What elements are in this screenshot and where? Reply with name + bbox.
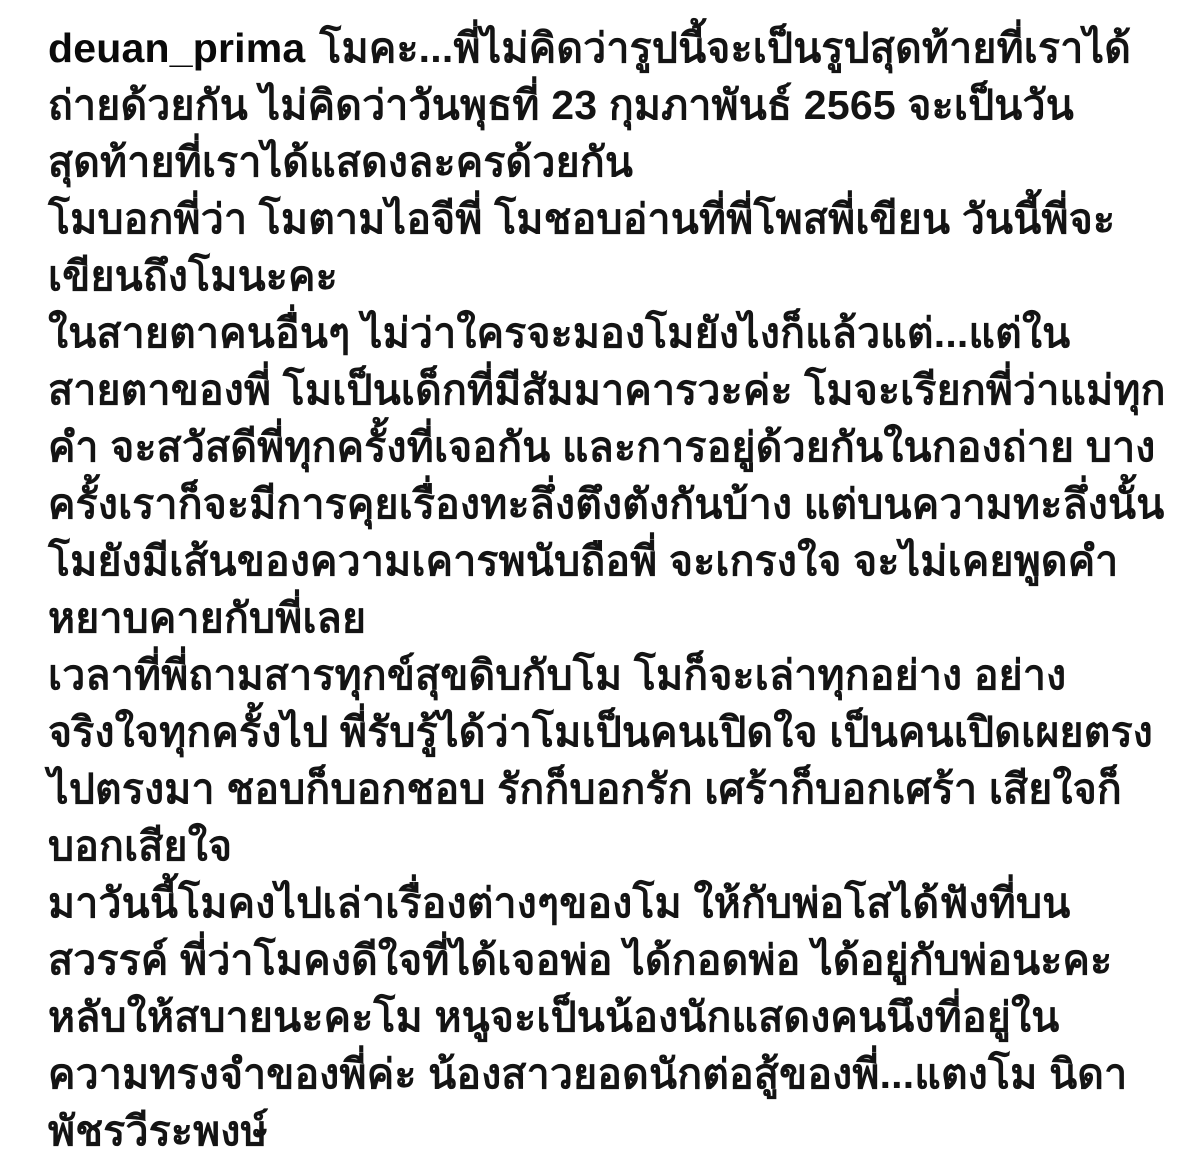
caption-line-text: หลับให้สบายนะคะโม หนูจะเป็นน้องนักแสดงคน… (48, 994, 1059, 1040)
caption-line: หยาบคายกับพี่เลย (48, 590, 1164, 647)
caption-line-text: ถ่ายด้วยกัน ไม่คิดว่าวันพุธที่ 23 กุมภาพ… (48, 82, 1074, 128)
caption-line: deuan_primaโมคะ...พี่ไม่คิดว่ารูปนี้จะเป… (48, 20, 1164, 77)
caption-line: ถ่ายด้วยกัน ไม่คิดว่าวันพุธที่ 23 กุมภาพ… (48, 77, 1164, 134)
caption-line-text: โมยังมีเส้นของความเคารพนับถือพี่ จะเกรงใ… (48, 538, 1118, 584)
caption-line: เวลาที่พี่ถามสารทุกข์สุขดิบกับโม โมก็จะเ… (48, 647, 1164, 704)
caption-line-text: จริงใจทุกครั้งไป พี่รับรู้ได้ว่าโมเป็นคน… (48, 709, 1153, 755)
caption-line-text: ครั้งเราก็จะมีการคุยเรื่องทะลึ่งตึงตังกั… (48, 481, 1164, 527)
caption-line-text: สายตาของพี่ โมเป็นเด็กที่มีสัมมาคารวะค่ะ… (48, 367, 1166, 413)
caption-line-text: มาวันนี้โมคงไปเล่าเรื่องต่างๆของโม ให้กั… (48, 880, 1070, 926)
caption-line-text: โมคะ...พี่ไม่คิดว่ารูปนี้จะเป็นรูปสุดท้า… (319, 25, 1131, 71)
caption-line: สายตาของพี่ โมเป็นเด็กที่มีสัมมาคารวะค่ะ… (48, 362, 1164, 419)
caption-line: ความทรงจำของพี่ค่ะ น้องสาวยอดนักต่อสู้ขอ… (48, 1046, 1164, 1103)
caption-line: หลับให้สบายนะคะโม หนูจะเป็นน้องนักแสดงคน… (48, 989, 1164, 1046)
caption-line: โมยังมีเส้นของความเคารพนับถือพี่ จะเกรงใ… (48, 533, 1164, 590)
caption-line: คำ จะสวัสดีพี่ทุกครั้งที่เจอกัน และการอย… (48, 419, 1164, 476)
caption-line-text: พัชรวีระพงษ์ (48, 1108, 268, 1154)
caption-line-text: ไปตรงมา ชอบก็บอกชอบ รักก็บอกรัก เศร้าก็บ… (48, 766, 1122, 812)
caption-line: ครั้งเราก็จะมีการคุยเรื่องทะลึ่งตึงตังกั… (48, 476, 1164, 533)
caption-line-text: เวลาที่พี่ถามสารทุกข์สุขดิบกับโม โมก็จะเ… (48, 652, 1066, 698)
caption-text: deuan_primaโมคะ...พี่ไม่คิดว่ารูปนี้จะเป… (0, 0, 1200, 1160)
caption-line-text: เขียนถึงโมนะคะ (48, 253, 338, 299)
caption-line: สุดท้ายที่เราได้แสดงละครด้วยกัน (48, 134, 1164, 191)
caption-line-text: คำ จะสวัสดีพี่ทุกครั้งที่เจอกัน และการอย… (48, 424, 1156, 470)
username-link[interactable]: deuan_prima (48, 25, 305, 71)
caption-line: โมบอกพี่ว่า โมตามไอจีพี่ โมชอบอ่านที่พี่… (48, 191, 1164, 248)
caption-line-text: สวรรค์ พี่ว่าโมคงดีใจที่ได้เจอพ่อ ได้กอด… (48, 937, 1112, 983)
caption-line-text: โมบอกพี่ว่า โมตามไอจีพี่ โมชอบอ่านที่พี่… (48, 196, 1115, 242)
caption-line-text: ความทรงจำของพี่ค่ะ น้องสาวยอดนักต่อสู้ขอ… (48, 1051, 1127, 1097)
caption-line: พัชรวีระพงษ์ (48, 1103, 1164, 1160)
caption-line: สวรรค์ พี่ว่าโมคงดีใจที่ได้เจอพ่อ ได้กอด… (48, 932, 1164, 989)
caption-line-text: ในสายตาคนอื่นๆ ไม่ว่าใครจะมองโมยังไงก็แล… (48, 310, 1070, 356)
caption-line-text: บอกเสียใจ (48, 823, 232, 869)
caption-line-text: สุดท้ายที่เราได้แสดงละครด้วยกัน (48, 139, 633, 185)
caption-line: ไปตรงมา ชอบก็บอกชอบ รักก็บอกรัก เศร้าก็บ… (48, 761, 1164, 818)
caption-line: มาวันนี้โมคงไปเล่าเรื่องต่างๆของโม ให้กั… (48, 875, 1164, 932)
caption-line: บอกเสียใจ (48, 818, 1164, 875)
post-caption-screenshot: deuan_primaโมคะ...พี่ไม่คิดว่ารูปนี้จะเป… (0, 0, 1200, 1173)
caption-line: ในสายตาคนอื่นๆ ไม่ว่าใครจะมองโมยังไงก็แล… (48, 305, 1164, 362)
caption-line: เขียนถึงโมนะคะ (48, 248, 1164, 305)
caption-line: จริงใจทุกครั้งไป พี่รับรู้ได้ว่าโมเป็นคน… (48, 704, 1164, 761)
caption-line-text: หยาบคายกับพี่เลย (48, 595, 366, 641)
